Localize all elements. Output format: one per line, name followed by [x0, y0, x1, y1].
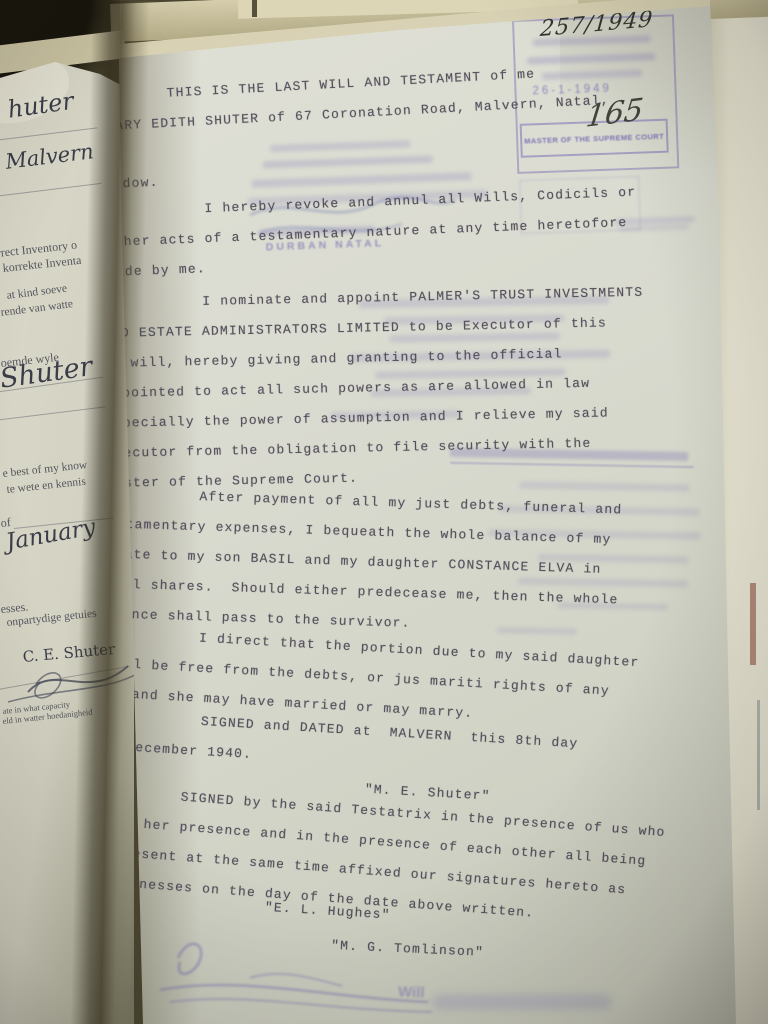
will-paragraph: I nominate and appoint PALMER'S TRUST IN… — [102, 278, 647, 499]
form-rule-line — [0, 127, 97, 141]
faint-ink-smudge — [432, 994, 612, 1010]
handwritten-place: Malvern — [4, 139, 95, 174]
file-edge-gap — [252, 0, 257, 17]
will-paragraph: After payment of all my just debts, fune… — [95, 479, 623, 645]
archival-photo: huter Malvern rrect Inventory o korrekte… — [0, 0, 768, 1024]
form-rule-line — [0, 183, 101, 197]
blue-page-marker — [757, 700, 760, 810]
will-paragraph: I hereby revoke and annul all Wills, Cod… — [104, 178, 639, 288]
faint-will-label: Will — [398, 983, 425, 1001]
form-text-knowledge-af: te wete en kennis — [6, 476, 86, 496]
red-page-marker — [750, 583, 756, 665]
